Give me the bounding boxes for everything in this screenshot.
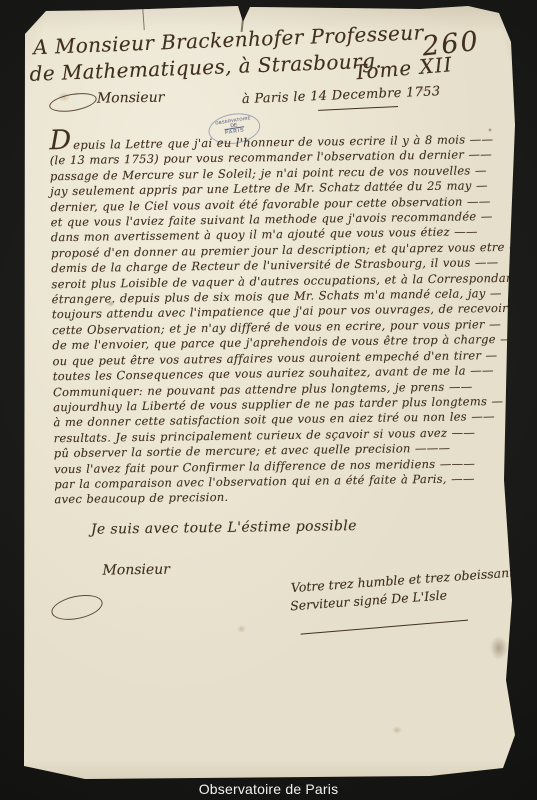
dateline-underline (318, 106, 398, 111)
photo-background: A Monsieur Brackenhofer Professeur de Ma… (0, 0, 537, 800)
flourish-icon (48, 90, 98, 115)
closing-line: Je suis avec toute L'éstime possible (91, 518, 357, 538)
salutation: Monsieur (97, 90, 165, 107)
dateline: à Paris le 14 Decembre 1753 (242, 84, 441, 107)
signature-underline (301, 620, 469, 635)
closing-salutation: Monsieur (102, 562, 170, 579)
manuscript-page: A Monsieur Brackenhofer Professeur de Ma… (0, 0, 537, 800)
caption: Observatoire de Paris (0, 781, 537, 797)
letter-ink-layer: A Monsieur Brackenhofer Professeur de Ma… (0, 0, 537, 800)
flourish-icon (49, 591, 105, 624)
letter-body: Depuis la Lettre que j'ai eu l'honneur d… (49, 131, 537, 508)
